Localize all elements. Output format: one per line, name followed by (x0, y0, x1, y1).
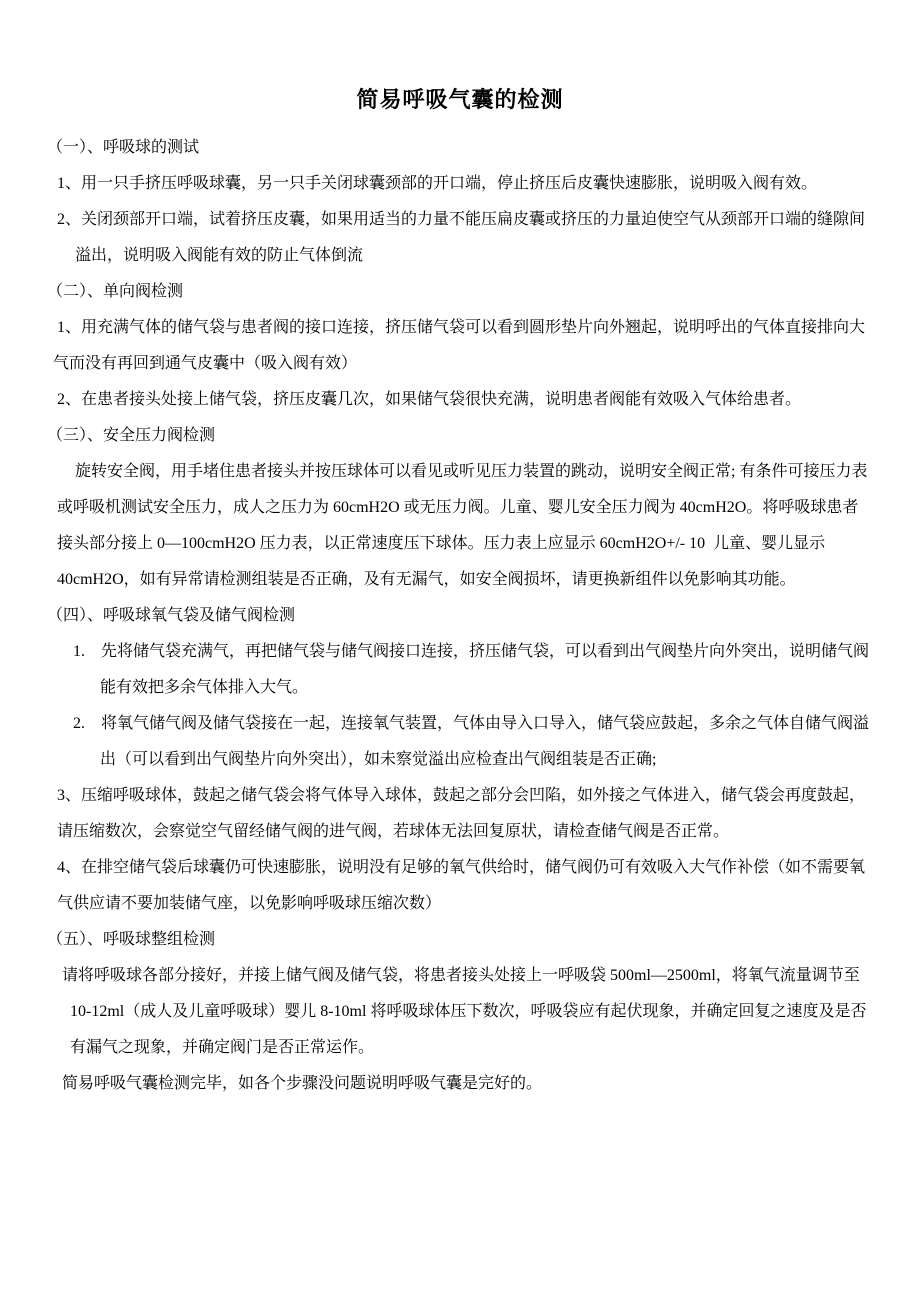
paragraph-line: 溢出，说明吸入阀能有效的防止气体倒流 (0, 238, 920, 274)
document-title: 简易呼吸气囊的检测 (0, 83, 920, 114)
section-heading: （三）、安全压力阀检测 (0, 418, 920, 454)
list-item-line: 1、用充满气体的储气袋与患者阀的接口连接，挤压储气袋可以看到圆形垫片向外翘起，说… (0, 310, 920, 346)
list-item-line: 4、在排空储气袋后球囊仍可快速膨胀，说明没有足够的氧气供给时，储气阀仍可有效吸入… (0, 850, 920, 886)
document-page: 简易呼吸气囊的检测 （一）、呼吸球的测试 1、用一只手挤压呼吸球囊，另一只手关闭… (0, 0, 920, 1302)
paragraph-line: 出（可以看到出气阀垫片向外突出），如未察觉溢出应检查出气阀组装是否正确; (0, 742, 920, 778)
list-item-line: 1、用一只手挤压呼吸球囊，另一只手关闭球囊颈部的开口端，停止挤压后皮囊快速膨胀，… (0, 166, 920, 202)
list-item-line: 1. 先将储气袋充满气，再把储气袋与储气阀接口连接，挤压储气袋，可以看到出气阀垫… (0, 634, 920, 670)
paragraph-line: 或呼吸机测试安全压力，成人之压力为 60cmH2O 或无压力阀。儿童、婴儿安全压… (0, 490, 920, 526)
paragraph-line: 请压缩数次，会察觉空气留经储气阀的进气阀，若球体无法回复原状，请检查储气阀是否正… (0, 814, 920, 850)
paragraph-line: 接头部分接上 0—100cmH2O 压力表，以正常速度压下球体。压力表上应显示 … (0, 526, 920, 562)
section-heading: （四）、呼吸球氧气袋及储气阀检测 (0, 598, 920, 634)
list-item-line: 2. 将氧气储气阀及储气袋接在一起，连接氧气装置，气体由导入口导入，储气袋应鼓起… (0, 706, 920, 742)
closing-line: 简易呼吸气囊检测完毕，如各个步骤没问题说明呼吸气囊是完好的。 (0, 1066, 920, 1102)
paragraph-line: 气供应请不要加装储气座，以免影响呼吸球压缩次数） (0, 886, 920, 922)
paragraph-line: 旋转安全阀，用手堵住患者接头并按压球体可以看见或听见压力装置的跳动，说明安全阀正… (0, 454, 920, 490)
paragraph-line: 气而没有再回到通气皮囊中（吸入阀有效） (0, 346, 920, 382)
section-heading: （一）、呼吸球的测试 (0, 130, 920, 166)
paragraph-line: 能有效把多余气体排入大气。 (0, 670, 920, 706)
list-item-line: 2、在患者接头处接上储气袋，挤压皮囊几次，如果储气袋很快充满，说明患者阀能有效吸… (0, 382, 920, 418)
paragraph-line: 10-12ml（成人及儿童呼吸球）婴儿 8-10ml 将呼吸球体压下数次，呼吸袋… (0, 994, 920, 1030)
list-item-line: 2、关闭颈部开口端，试着挤压皮囊，如果用适当的力量不能压扁皮囊或挤压的力量迫使空… (0, 202, 920, 238)
section-heading: （二）、单向阀检测 (0, 274, 920, 310)
document-body: （一）、呼吸球的测试 1、用一只手挤压呼吸球囊，另一只手关闭球囊颈部的开口端，停… (0, 130, 920, 1102)
list-item-line: 3、压缩呼吸球体，鼓起之储气袋会将气体导入球体，鼓起之部分会凹陷，如外接之气体进… (0, 778, 920, 814)
paragraph-line: 请将呼吸球各部分接好，并接上储气阀及储气袋，将患者接头处接上一呼吸袋 500ml… (0, 958, 920, 994)
paragraph-line: 有漏气之现象，并确定阀门是否正常运作。 (0, 1030, 920, 1066)
section-heading: （五）、呼吸球整组检测 (0, 922, 920, 958)
paragraph-line: 40cmH2O，如有异常请检测组装是否正确，及有无漏气，如安全阀损坏，请更换新组… (0, 562, 920, 598)
